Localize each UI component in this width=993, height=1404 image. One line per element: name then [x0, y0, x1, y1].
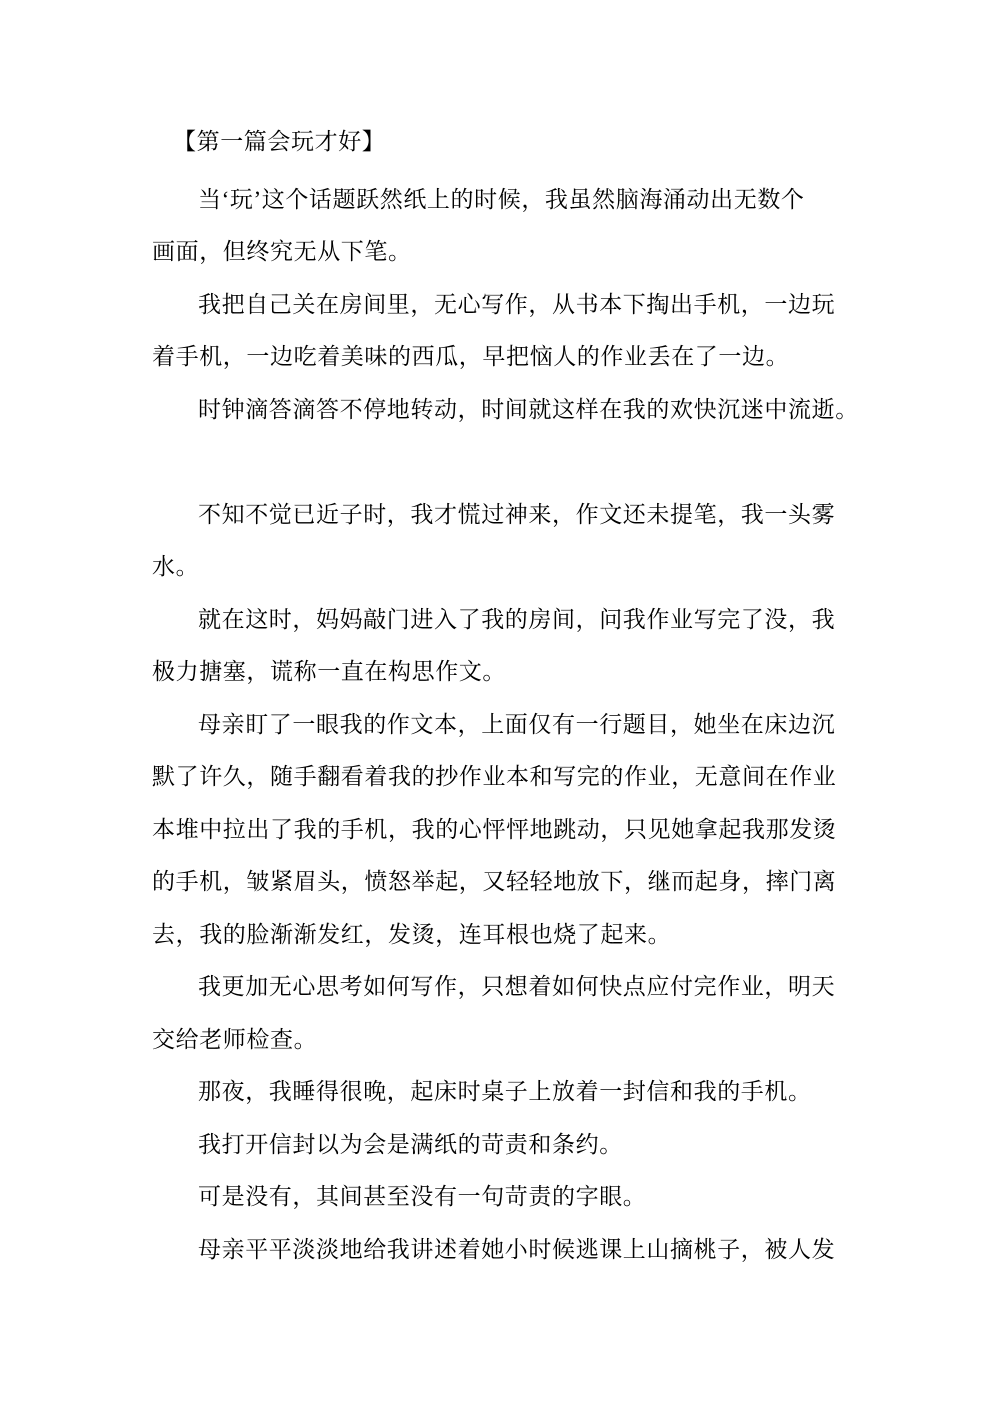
- paragraph-line: 我更加无心思考如何写作，只想着如何快点应付完作业，明天: [152, 961, 858, 1014]
- paragraph-line: 水。: [152, 541, 858, 594]
- paragraph-line: 去，我的脸渐渐发红，发烫，连耳根也烧了起来。: [152, 909, 858, 962]
- paragraph-line: 那夜，我睡得很晚，起床时桌子上放着一封信和我的手机。: [152, 1066, 858, 1119]
- essay-paragraph: 母亲盯了一眼我的作文本，上面仅有一行题目，她坐在床边沉默了许久，随手翻看着我的抄…: [152, 699, 858, 962]
- paragraph-line: 交给老师检查。: [152, 1014, 858, 1067]
- paragraph-line: 的手机，皱紧眉头，愤怒举起，又轻轻地放下，继而起身，摔门离: [152, 856, 858, 909]
- paragraph-line: 当‘玩’这个话题跃然纸上的时候，我虽然脑海涌动出无数个: [152, 174, 858, 227]
- paragraph-line: 不知不觉已近子时，我才慌过神来，作文还未提笔，我一头雾: [152, 489, 858, 542]
- essay-heading: 【第一篇会玩才好】: [152, 116, 858, 169]
- paragraph-line: 本堆中拉出了我的手机，我的心怦怦地跳动，只见她拿起我那发烫: [152, 804, 858, 857]
- document-text-body: 【第一篇会玩才好】 当‘玩’这个话题跃然纸上的时候，我虽然脑海涌动出无数个画面，…: [152, 116, 858, 1276]
- paragraph-line: 时钟滴答滴答不停地转动，时间就这样在我的欢快沉迷中流逝。: [152, 384, 858, 437]
- paragraph-line: 着手机，一边吃着美味的西瓜，早把恼人的作业丢在了一边。: [152, 331, 858, 384]
- paragraphs-container: 当‘玩’这个话题跃然纸上的时候，我虽然脑海涌动出无数个画面，但终究无从下笔。我把…: [152, 174, 858, 1277]
- essay-paragraph: 母亲平平淡淡地给我讲述着她小时候逃课上山摘桃子，被人发: [152, 1224, 858, 1277]
- essay-paragraph: 我打开信封以为会是满纸的苛责和条约。: [152, 1119, 858, 1172]
- essay-paragraph: 不知不觉已近子时，我才慌过神来，作文还未提笔，我一头雾水。: [152, 489, 858, 594]
- paragraph-line: 默了许久，随手翻看着我的抄作业本和写完的作业，无意间在作业: [152, 751, 858, 804]
- paragraph-line: 我把自己关在房间里，无心写作，从书本下掏出手机，一边玩: [152, 279, 858, 332]
- paragraph-line: 母亲盯了一眼我的作文本，上面仅有一行题目，她坐在床边沉: [152, 699, 858, 752]
- blank-line: [152, 436, 858, 489]
- paragraph-line: 母亲平平淡淡地给我讲述着她小时候逃课上山摘桃子，被人发: [152, 1224, 858, 1277]
- essay-paragraph: 就在这时，妈妈敲门进入了我的房间，问我作业写完了没，我极力搪塞，谎称一直在构思作…: [152, 594, 858, 699]
- essay-paragraph: 那夜，我睡得很晚，起床时桌子上放着一封信和我的手机。: [152, 1066, 858, 1119]
- paragraph-line: 就在这时，妈妈敲门进入了我的房间，问我作业写完了没，我: [152, 594, 858, 647]
- paragraph-line: 极力搪塞，谎称一直在构思作文。: [152, 646, 858, 699]
- paragraph-line: 我打开信封以为会是满纸的苛责和条约。: [152, 1119, 858, 1172]
- essay-paragraph: 当‘玩’这个话题跃然纸上的时候，我虽然脑海涌动出无数个画面，但终究无从下笔。: [152, 174, 858, 279]
- essay-paragraph: 我把自己关在房间里，无心写作，从书本下掏出手机，一边玩着手机，一边吃着美味的西瓜…: [152, 279, 858, 384]
- essay-paragraph: 可是没有，其间甚至没有一句苛责的字眼。: [152, 1171, 858, 1224]
- paragraph-line: 画面，但终究无从下笔。: [152, 226, 858, 279]
- document-page: 【第一篇会玩才好】 当‘玩’这个话题跃然纸上的时候，我虽然脑海涌动出无数个画面，…: [0, 0, 993, 1404]
- paragraph-line: 可是没有，其间甚至没有一句苛责的字眼。: [152, 1171, 858, 1224]
- essay-paragraph: 我更加无心思考如何写作，只想着如何快点应付完作业，明天交给老师检查。: [152, 961, 858, 1066]
- essay-paragraph: 时钟滴答滴答不停地转动，时间就这样在我的欢快沉迷中流逝。: [152, 384, 858, 437]
